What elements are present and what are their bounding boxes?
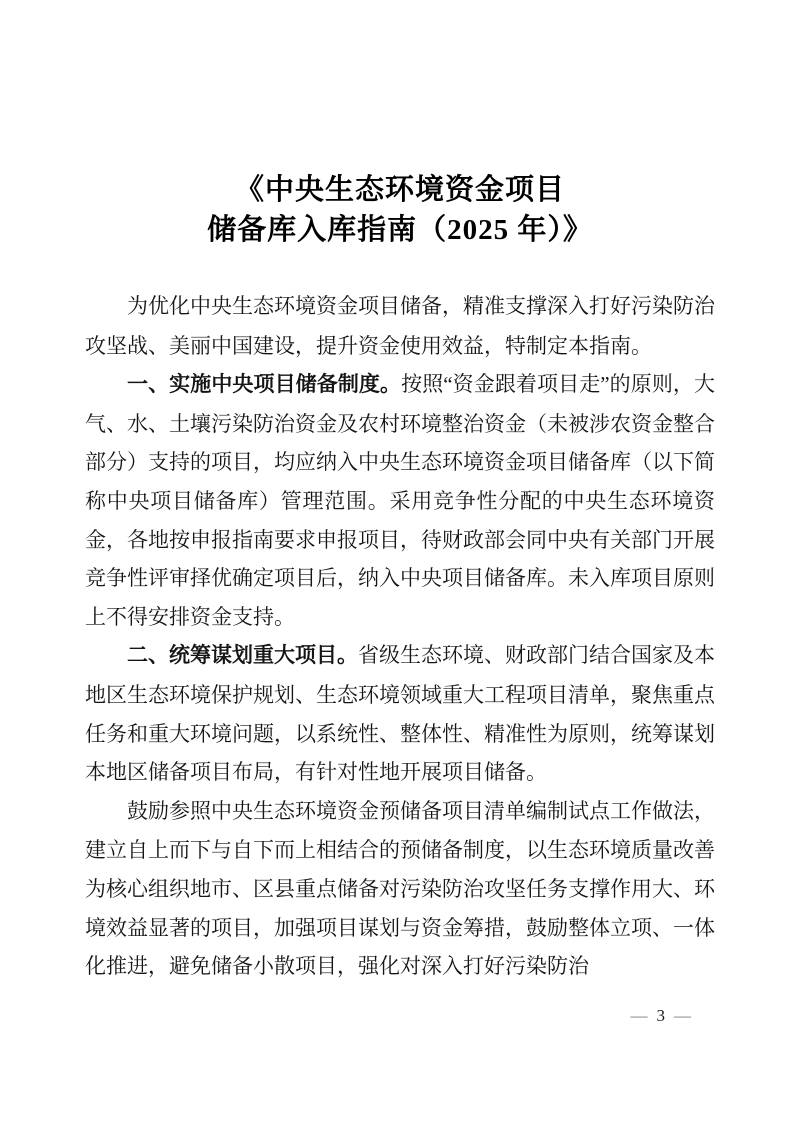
document-title: 《中央生态环境资金项目 储备库入库指南（2025 年）》 — [0, 0, 800, 250]
paragraph-intro-text: 为优化中央生态环境资金项目储备，精准支撑深入打好污染防治攻坚战、美丽中国建设，提… — [85, 294, 715, 358]
document-body: 为优化中央生态环境资金项目储备，精准支撑深入打好污染防治攻坚战、美丽中国建设，提… — [85, 287, 715, 986]
page-footer: —3— — [622, 1004, 701, 1028]
page-number: 3 — [657, 1006, 666, 1025]
title-line-2: 储备库入库指南（2025 年）》 — [0, 210, 800, 250]
paragraph-section-1: 一、实施中央项目储备制度。按照“资金跟着项目走”的原则，大气、水、土壤污染防治资… — [85, 365, 715, 636]
footer-dash-right: — — [665, 1006, 700, 1025]
paragraph-intro: 为优化中央生态环境资金项目储备，精准支撑深入打好污染防治攻坚战、美丽中国建设，提… — [85, 287, 715, 365]
paragraph-section-1-heading: 一、实施中央项目储备制度。 — [127, 373, 401, 396]
paragraph-section-2-heading: 二、统筹谋划重大项目。 — [127, 644, 358, 667]
footer-dash-left: — — [622, 1006, 657, 1025]
paragraph-encourage-text: 鼓励参照中央生态环境资金预储备项目清单编制试点工作做法，建立自上而下与自下而上相… — [85, 799, 715, 978]
paragraph-encourage: 鼓励参照中央生态环境资金预储备项目清单编制试点工作做法，建立自上而下与自下而上相… — [85, 792, 715, 986]
paragraph-section-1-text: 按照“资金跟着项目走”的原则，大气、水、土壤污染防治资金及农村环境整治资金（未被… — [85, 372, 715, 629]
document-page: 《中央生态环境资金项目 储备库入库指南（2025 年）》 为优化中央生态环境资金… — [0, 0, 800, 1132]
title-line-1: 《中央生态环境资金项目 — [0, 170, 800, 210]
paragraph-section-2: 二、统筹谋划重大项目。省级生态环境、财政部门结合国家及本地区生态环境保护规划、生… — [85, 636, 715, 791]
